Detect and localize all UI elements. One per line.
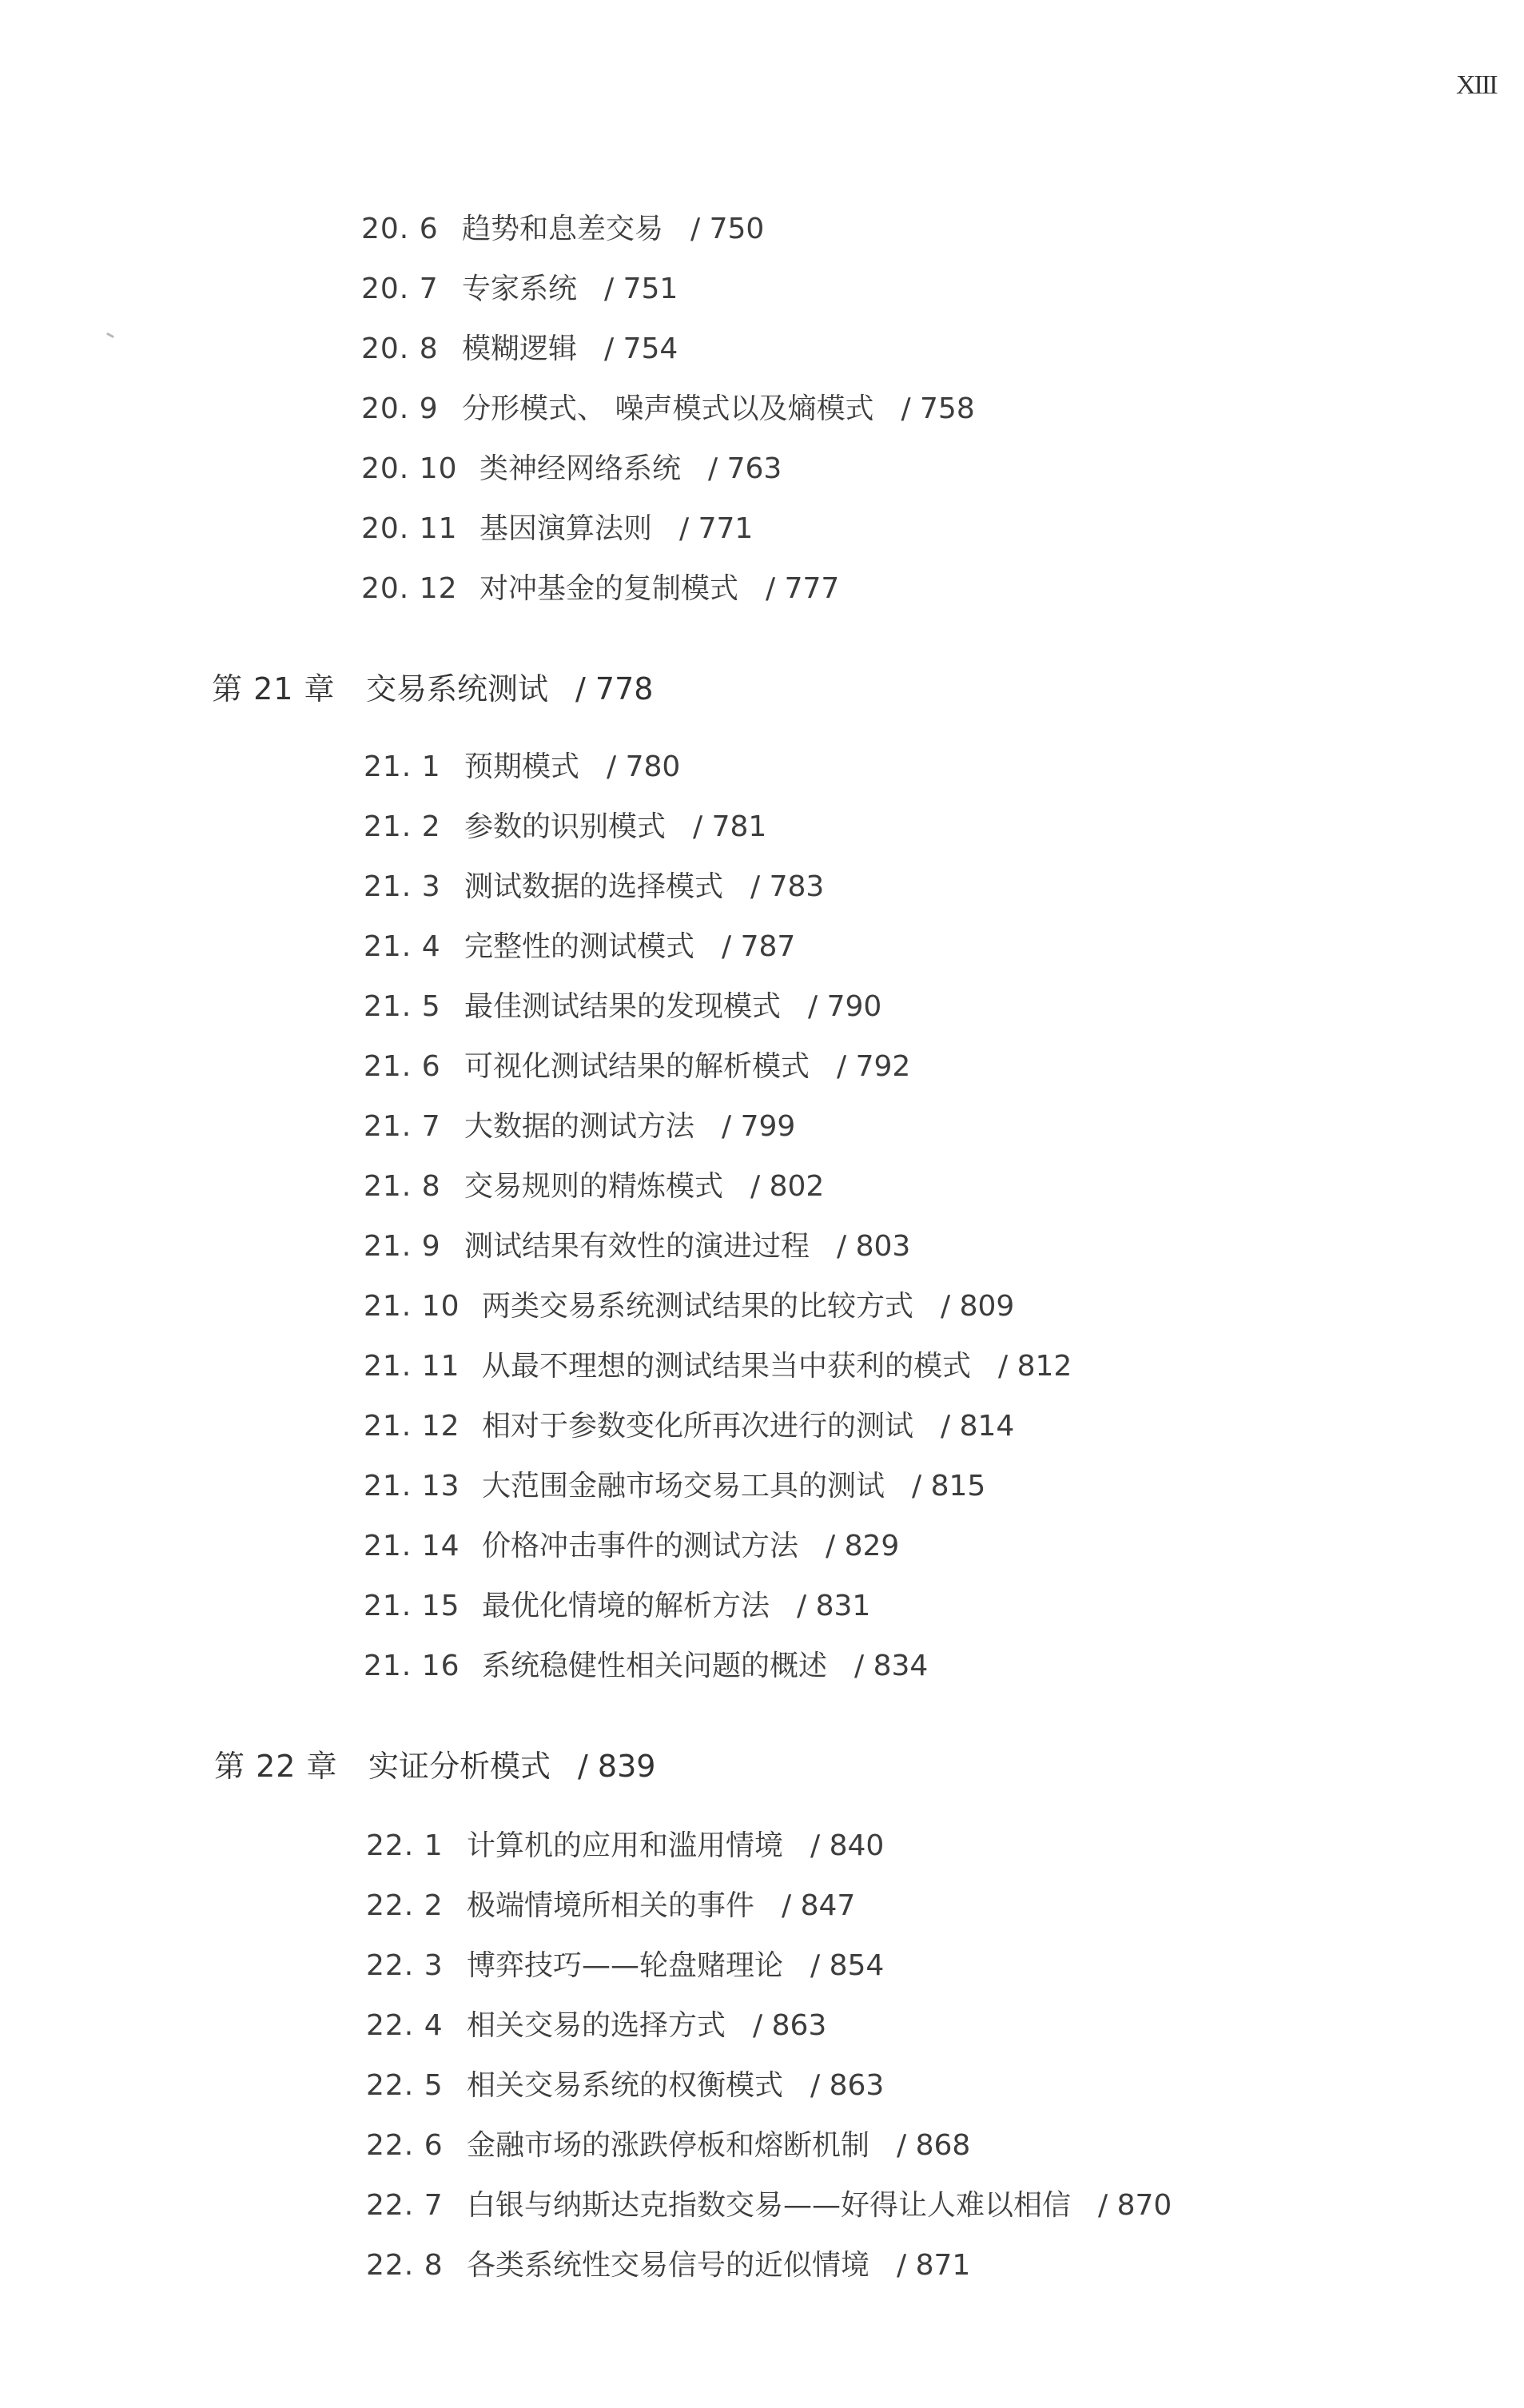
chapter-title: 实证分析模式 [368,1749,551,1784]
section-title-wrap: 金融市场的涨跌停板和熔断机制/ 868 [467,2128,970,2163]
section-page: / 847 [782,1889,855,1922]
section-title: 参数的识别模式 [464,810,666,843]
toc-entry[interactable]: 22. 2极端情境所相关的事件/ 847 [366,1889,444,1924]
section-title: 完整性的测试模式 [464,930,694,963]
toc-entry[interactable]: 20. 8模糊逻辑/ 754 [361,332,439,367]
toc-entry[interactable]: 21. 10两类交易系统测试结果的比较方式/ 809 [364,1289,460,1324]
toc-entry[interactable]: 20. 9分形模式、 噪声模式以及熵模式/ 758 [361,392,439,427]
section-title: 计算机的应用和滥用情境 [467,1829,783,1862]
section-title-wrap: 类神经网络系统/ 763 [479,452,782,487]
section-title-wrap: 对冲基金的复制模式/ 777 [479,571,839,607]
toc-entry[interactable]: 20. 7专家系统/ 751 [361,272,439,307]
section-title: 相关交易的选择方式 [467,2009,726,2042]
section-page: / 763 [708,452,782,485]
section-title-wrap: 分形模式、 噪声模式以及熵模式/ 758 [462,392,975,427]
section-title: 大数据的测试方法 [464,1110,694,1143]
chapter-title-wrap: 实证分析模式/ 839 [368,1749,655,1784]
section-page: / 809 [941,1290,1014,1323]
section-title-wrap: 相关交易系统的权衡模式/ 863 [467,2068,884,2104]
section-number: 21. 7 [364,1109,441,1144]
section-number: 20. 8 [361,332,439,367]
section-number: 21. 9 [364,1229,441,1264]
section-page: / 792 [837,1050,910,1083]
section-title-wrap: 参数的识别模式/ 781 [464,810,766,845]
section-number: 20. 11 [361,511,458,547]
toc-entry[interactable]: 21. 15最优化情境的解析方法/ 831 [364,1589,460,1624]
section-title-wrap: 两类交易系统测试结果的比较方式/ 809 [482,1289,1014,1324]
section-page: / 751 [604,273,678,305]
section-title: 大范围金融市场交易工具的测试 [482,1470,885,1503]
section-page: / 840 [810,1829,884,1862]
section-number: 21. 10 [364,1289,460,1324]
section-title: 相关交易系统的权衡模式 [467,2069,783,2102]
toc-entry[interactable]: 20. 10类神经网络系统/ 763 [361,452,458,487]
toc-entry[interactable]: 20. 6趋势和息差交易/ 750 [361,212,439,247]
toc-entry[interactable]: 22. 1计算机的应用和滥用情境/ 840 [366,1829,444,1864]
section-title-wrap: 极端情境所相关的事件/ 847 [467,1889,855,1924]
section-title: 最佳测试结果的发现模式 [464,990,781,1023]
toc-entry[interactable]: 21. 16系统稳健性相关问题的概述/ 834 [364,1649,460,1684]
section-title: 从最不理想的测试结果当中获利的模式 [482,1350,971,1383]
section-page: / 812 [998,1350,1072,1383]
toc-entry[interactable]: 21. 13大范围金融市场交易工具的测试/ 815 [364,1469,460,1504]
section-title-wrap: 测试数据的选择模式/ 783 [464,870,824,905]
section-number: 21. 1 [364,750,441,785]
section-title: 预期模式 [464,750,579,783]
chapter-page: / 839 [578,1749,655,1784]
section-title-wrap: 博弈技巧——轮盘赌理论/ 854 [467,1948,884,1984]
section-page: / 758 [901,392,974,425]
section-title: 相对于参数变化所再次进行的测试 [482,1410,913,1443]
section-page: / 815 [912,1470,985,1503]
chapter-label: 第 22 章 [214,1749,338,1784]
section-page: / 831 [797,1590,870,1622]
toc-entry[interactable]: 20. 12对冲基金的复制模式/ 777 [361,571,458,607]
section-number: 21. 5 [364,989,441,1025]
toc-entry[interactable]: 22. 4相关交易的选择方式/ 863 [366,2008,444,2044]
section-title: 交易规则的精炼模式 [464,1170,723,1203]
chapter-heading[interactable]: 第 22 章实证分析模式/ 839 [214,1749,338,1784]
section-title: 分形模式、 噪声模式以及熵模式 [462,392,873,425]
toc-entry[interactable]: 22. 3博弈技巧——轮盘赌理论/ 854 [366,1948,444,1984]
section-title-wrap: 最佳测试结果的发现模式/ 790 [464,989,881,1025]
chapter-title-wrap: 交易系统测试/ 778 [366,671,653,706]
page-number-roman: XIII [1456,70,1497,101]
toc-entry[interactable]: 21. 11从最不理想的测试结果当中获利的模式/ 812 [364,1349,460,1384]
section-title: 测试数据的选择模式 [464,870,723,903]
toc-entry[interactable]: 22. 6金融市场的涨跌停板和熔断机制/ 868 [366,2128,444,2163]
section-page: / 854 [810,1949,884,1982]
section-number: 21. 4 [364,929,441,965]
section-number: 20. 7 [361,272,439,307]
section-page: / 803 [837,1230,910,1263]
section-page: / 802 [750,1170,824,1203]
section-title-wrap: 大数据的测试方法/ 799 [464,1109,795,1144]
toc-entry[interactable]: 21. 12相对于参数变化所再次进行的测试/ 814 [364,1409,460,1444]
section-title-wrap: 白银与纳斯达克指数交易——好得让人难以相信/ 870 [467,2188,1172,2223]
section-number: 22. 6 [366,2128,444,2163]
section-number: 21. 11 [364,1349,460,1384]
section-page: / 750 [690,213,764,245]
section-title: 可视化测试结果的解析模式 [464,1050,810,1083]
section-title-wrap: 系统稳健性相关问题的概述/ 834 [482,1649,928,1684]
section-number: 21. 15 [364,1589,460,1624]
section-title-wrap: 大范围金融市场交易工具的测试/ 815 [482,1469,985,1504]
toc-entry[interactable]: 21. 14价格冲击事件的测试方法/ 829 [364,1529,460,1564]
section-title: 极端情境所相关的事件 [467,1889,754,1922]
section-page: / 863 [810,2069,884,2102]
toc-entry[interactable]: 22. 8各类系统性交易信号的近似情境/ 871 [366,2248,444,2283]
section-title: 系统稳健性相关问题的概述 [482,1650,827,1682]
chapter-label: 第 21 章 [212,671,336,706]
section-title-wrap: 各类系统性交易信号的近似情境/ 871 [467,2248,970,2283]
section-number: 22. 3 [366,1948,444,1984]
section-number: 21. 6 [364,1049,441,1085]
section-title-wrap: 趋势和息差交易/ 750 [462,212,764,247]
section-title-wrap: 测试结果有效性的演进过程/ 803 [464,1229,910,1264]
section-title-wrap: 可视化测试结果的解析模式/ 792 [464,1049,910,1085]
section-page: / 780 [607,750,680,783]
section-title: 价格冲击事件的测试方法 [482,1530,798,1562]
section-title: 基因演算法则 [479,512,652,545]
section-page: / 754 [604,332,678,365]
section-page: / 781 [693,810,766,843]
section-title-wrap: 模糊逻辑/ 754 [462,332,678,367]
section-page: / 834 [854,1650,928,1682]
section-title-wrap: 相对于参数变化所再次进行的测试/ 814 [482,1409,1014,1444]
section-number: 21. 2 [364,810,441,845]
section-page: / 777 [766,572,839,605]
section-page: / 871 [897,2249,970,2282]
section-title-wrap: 计算机的应用和滥用情境/ 840 [467,1829,884,1864]
chapter-title: 交易系统测试 [366,671,548,706]
toc-entry[interactable]: 21. 8交易规则的精炼模式/ 802 [364,1169,441,1204]
section-title-wrap: 交易规则的精炼模式/ 802 [464,1169,824,1204]
section-number: 20. 9 [361,392,439,427]
section-page: / 863 [753,2009,826,2042]
chapter-page: / 778 [575,671,653,706]
section-number: 21. 3 [364,870,441,905]
section-title: 对冲基金的复制模式 [479,572,738,605]
section-number: 20. 6 [361,212,439,247]
section-title: 两类交易系统测试结果的比较方式 [482,1290,913,1323]
section-number: 20. 12 [361,571,458,607]
section-title-wrap: 专家系统/ 751 [462,272,678,307]
section-title: 专家系统 [462,273,577,305]
section-title: 最优化情境的解析方法 [482,1590,770,1622]
section-number: 22. 4 [366,2008,444,2044]
section-page: / 790 [808,990,881,1023]
toc-entry[interactable]: 22. 7白银与纳斯达克指数交易——好得让人难以相信/ 870 [366,2188,444,2223]
section-number: 22. 7 [366,2188,444,2223]
section-title: 类神经网络系统 [479,452,681,485]
scan-artifact [106,332,114,338]
toc-entry[interactable]: 21. 3测试数据的选择模式/ 783 [364,870,441,905]
toc-entry[interactable]: 21. 6可视化测试结果的解析模式/ 792 [364,1049,441,1085]
section-number: 21. 8 [364,1169,441,1204]
section-title-wrap: 从最不理想的测试结果当中获利的模式/ 812 [482,1349,1072,1384]
section-page: / 799 [722,1110,795,1143]
section-title-wrap: 基因演算法则/ 771 [479,511,753,547]
section-number: 22. 1 [366,1829,444,1864]
toc-entry[interactable]: 20. 11基因演算法则/ 771 [361,511,458,547]
section-number: 21. 16 [364,1649,460,1684]
toc-entry[interactable]: 22. 5相关交易系统的权衡模式/ 863 [366,2068,444,2104]
section-title-wrap: 完整性的测试模式/ 787 [464,929,795,965]
section-number: 21. 13 [364,1469,460,1504]
section-number: 21. 14 [364,1529,460,1564]
toc-entry[interactable]: 21. 4完整性的测试模式/ 787 [364,929,441,965]
section-title-wrap: 预期模式/ 780 [464,750,680,785]
section-page: / 829 [826,1530,899,1562]
toc-entry[interactable]: 21. 1预期模式/ 780 [364,750,441,785]
section-page: / 870 [1098,2189,1172,2222]
section-page: / 787 [722,930,795,963]
section-page: / 771 [679,512,753,545]
section-title: 白银与纳斯达克指数交易——好得让人难以相信 [467,2189,1071,2222]
section-page: / 783 [750,870,824,903]
toc-entry[interactable]: 21. 7大数据的测试方法/ 799 [364,1109,441,1144]
toc-entry[interactable]: 21. 9测试结果有效性的演进过程/ 803 [364,1229,441,1264]
section-number: 20. 10 [361,452,458,487]
section-page: / 868 [897,2129,970,2162]
section-title: 趋势和息差交易 [462,213,663,245]
section-title-wrap: 最优化情境的解析方法/ 831 [482,1589,870,1624]
section-number: 22. 5 [366,2068,444,2104]
section-number: 22. 8 [366,2248,444,2283]
section-title: 测试结果有效性的演进过程 [464,1230,810,1263]
section-title: 金融市场的涨跌停板和熔断机制 [467,2129,869,2162]
chapter-heading[interactable]: 第 21 章交易系统测试/ 778 [212,671,336,706]
toc-entry[interactable]: 21. 5最佳测试结果的发现模式/ 790 [364,989,441,1025]
section-number: 21. 12 [364,1409,460,1444]
section-title-wrap: 相关交易的选择方式/ 863 [467,2008,826,2044]
section-title: 各类系统性交易信号的近似情境 [467,2249,869,2282]
section-page: / 814 [941,1410,1014,1443]
section-title-wrap: 价格冲击事件的测试方法/ 829 [482,1529,899,1564]
section-number: 22. 2 [366,1889,444,1924]
toc-entry[interactable]: 21. 2参数的识别模式/ 781 [364,810,441,845]
section-title: 博弈技巧——轮盘赌理论 [467,1949,783,1982]
section-title: 模糊逻辑 [462,332,577,365]
